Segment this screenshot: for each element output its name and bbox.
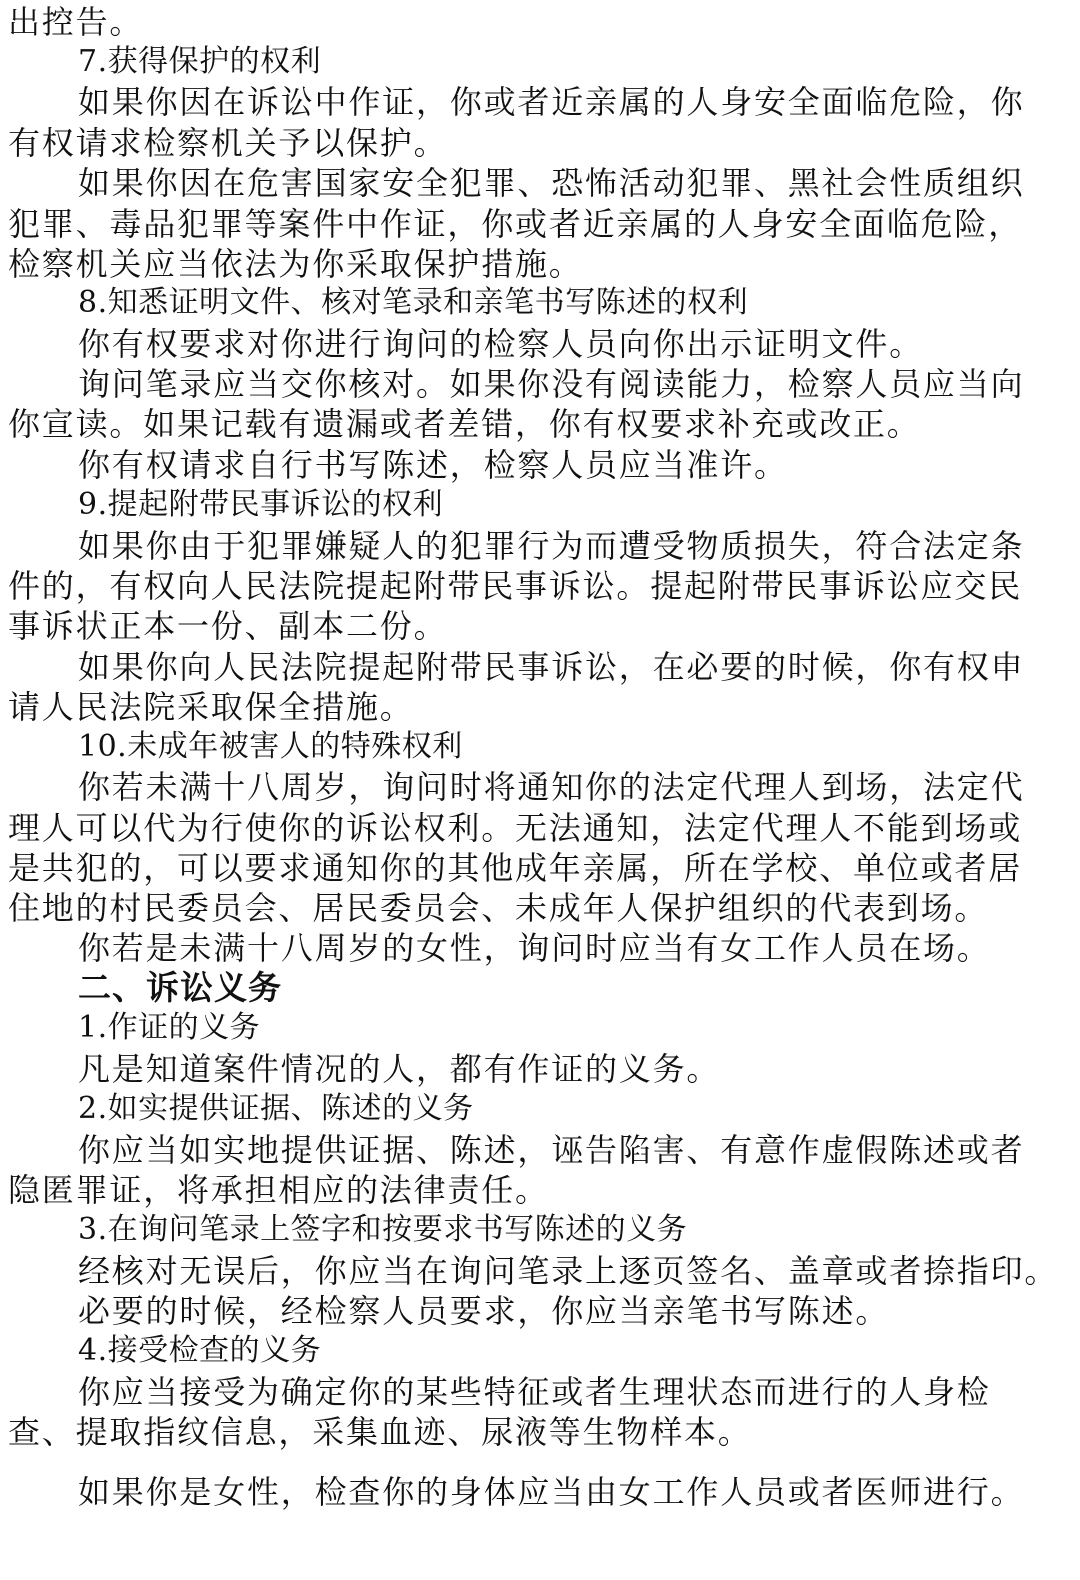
subsection-heading: 2.如实提供证据、陈述的义务 bbox=[0, 1089, 1080, 1129]
paragraph-continuation-line: 隐匿罪证，将承担相应的法律责任。 bbox=[0, 1170, 1068, 1210]
paragraph-first-line: 经核对无误后，你应当在询问笔录上逐页签名、盖章或者捺指印。 bbox=[0, 1251, 1080, 1291]
paragraph-first-line: 如果你向人民法院提起附带民事诉讼，在必要的时候，你有权申 bbox=[0, 647, 1080, 687]
paragraph-first-line: 询问笔录应当交你核对。如果你没有阅读能力，检察人员应当向 bbox=[0, 364, 1080, 404]
paragraph-continuation-line: 犯罪、毒品犯罪等案件中作证，你或者近亲属的人身安全面临危险， bbox=[0, 204, 1068, 244]
subsection-heading: 8.知悉证明文件、核对笔录和亲笔书写陈述的权利 bbox=[0, 283, 1080, 323]
paragraph-first-line: 你若是未满十八周岁的女性，询问时应当有女工作人员在场。 bbox=[0, 928, 1080, 968]
paragraph-first-line: 你有权请求自行书写陈述，检察人员应当准许。 bbox=[0, 445, 1080, 485]
paragraph-first-line: 你应当如实地提供证据、陈述，诬告陷害、有意作虚假陈述或者 bbox=[0, 1130, 1080, 1170]
paragraph-first-line: 你若未满十八周岁，询问时将通知你的法定代理人到场，法定代 bbox=[0, 767, 1080, 807]
paragraph-first-line: 你应当接受为确定你的某些特征或者生理状态而进行的人身检 bbox=[0, 1372, 1080, 1412]
subsection-heading: 1.作证的义务 bbox=[0, 1008, 1080, 1048]
subsection-heading: 9.提起附带民事诉讼的权利 bbox=[0, 485, 1080, 525]
subsection-heading: 10.未成年被害人的特殊权利 bbox=[0, 727, 1080, 767]
paragraph-continuation-line: 是共犯的，可以要求通知你的其他成年亲属，所在学校、单位或者居 bbox=[0, 848, 1068, 888]
paragraph-continuation-line: 查、提取指纹信息，采集血迹、尿液等生物样本。 bbox=[0, 1412, 1068, 1452]
paragraph-continuation-line: 请人民法院采取保全措施。 bbox=[0, 687, 1068, 727]
paragraph-continuation-line: 住地的村民委员会、居民委员会、未成年人保护组织的代表到场。 bbox=[0, 888, 1068, 928]
subsection-heading: 3.在询问笔录上签字和按要求书写陈述的义务 bbox=[0, 1210, 1080, 1250]
paragraph-first-line: 如果你是女性，检查你的身体应当由女工作人员或者医师进行。 bbox=[0, 1472, 1080, 1512]
paragraph-continuation-line: 检察机关应当依法为你采取保护措施。 bbox=[0, 244, 1068, 284]
paragraph-first-line: 如果你因在危害国家安全犯罪、恐怖活动犯罪、黑社会性质组织 bbox=[0, 163, 1080, 203]
section-heading: 二、诉讼义务 bbox=[0, 968, 1080, 1008]
paragraph-continuation-line: 事诉状正本一份、副本二份。 bbox=[0, 606, 1068, 646]
paragraph-continuation-line: 你宣读。如果记载有遗漏或者差错，你有权要求补充或改正。 bbox=[0, 404, 1068, 444]
paragraph-continuation-line: 出控告。 bbox=[0, 2, 1068, 42]
document-page: 出控告。7.获得保护的权利如果你因在诉讼中作证，你或者近亲属的人身安全面临危险，… bbox=[0, 0, 1080, 1580]
paragraph-first-line: 凡是知道案件情况的人，都有作证的义务。 bbox=[0, 1049, 1080, 1089]
paragraph-continuation-line: 有权请求检察机关予以保护。 bbox=[0, 123, 1068, 163]
paragraph-first-line: 你有权要求对你进行询问的检察人员向你出示证明文件。 bbox=[0, 324, 1080, 364]
subsection-heading: 7.获得保护的权利 bbox=[0, 42, 1080, 82]
subsection-heading: 4.接受检查的义务 bbox=[0, 1331, 1080, 1371]
paragraph-first-line: 如果你因在诉讼中作证，你或者近亲属的人身安全面临危险，你 bbox=[0, 82, 1080, 122]
paragraph-continuation-line: 理人可以代为行使你的诉讼权利。无法通知，法定代理人不能到场或 bbox=[0, 808, 1068, 848]
paragraph-first-line: 如果你由于犯罪嫌疑人的犯罪行为而遭受物质损失，符合法定条 bbox=[0, 526, 1080, 566]
paragraph-continuation-line: 件的，有权向人民法院提起附带民事诉讼。提起附带民事诉讼应交民 bbox=[0, 566, 1068, 606]
paragraph-first-line: 必要的时候，经检察人员要求，你应当亲笔书写陈述。 bbox=[0, 1291, 1080, 1331]
